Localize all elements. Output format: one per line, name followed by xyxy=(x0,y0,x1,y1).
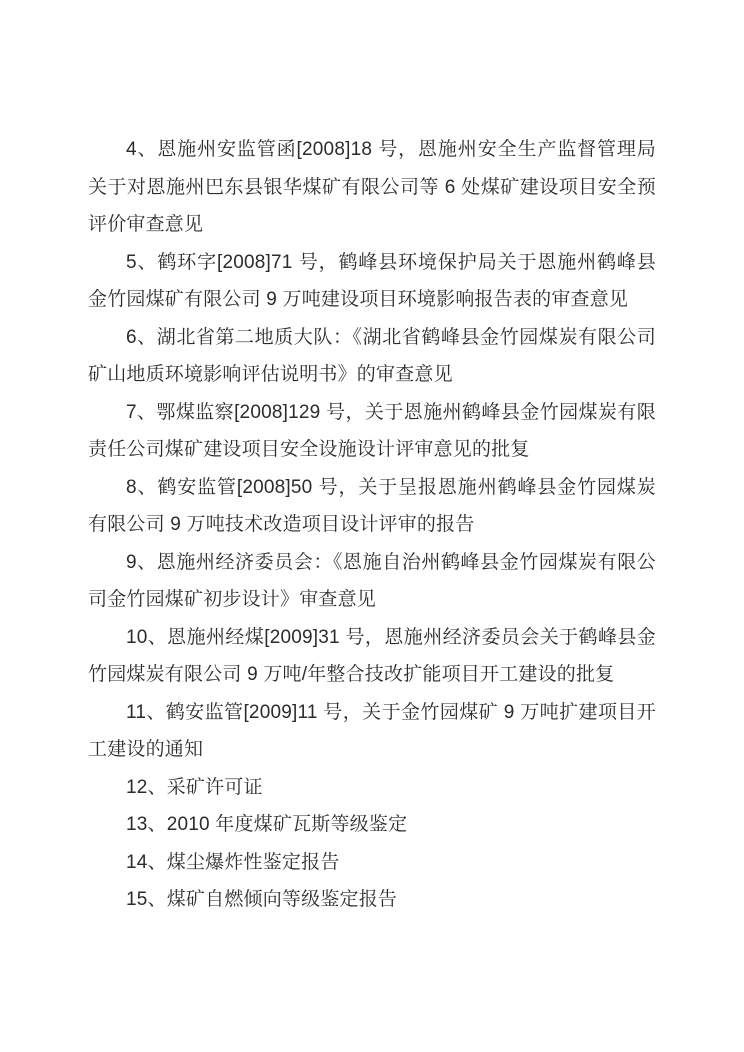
list-item: 8、鹤安监管[2008]50 号，关于呈报恩施州鹤峰县金竹园煤炭有限公司 9 万… xyxy=(88,469,656,544)
list-item: 11、鹤安监管[2009]11 号，关于金竹园煤矿 9 万吨扩建项目开工建设的通… xyxy=(88,694,656,769)
list-item: 10、恩施州经煤[2009]31 号，恩施州经济委员会关于鹤峰县金竹园煤炭有限公… xyxy=(88,619,656,694)
list-item: 7、鄂煤监察[2008]129 号，关于恩施州鹤峰县金竹园煤炭有限责任公司煤矿建… xyxy=(88,394,656,469)
list-item: 13、2010 年度煤矿瓦斯等级鉴定 xyxy=(88,806,656,844)
list-item: 6、湖北省第二地质大队：《湖北省鹤峰县金竹园煤炭有限公司矿山地质环境影响评估说明… xyxy=(88,319,656,394)
list-item: 15、煤矿自燃倾向等级鉴定报告 xyxy=(88,881,656,919)
document-page: 4、恩施州安监管函[2008]18 号，恩施州安全生产监督管理局关于对恩施州巴东… xyxy=(0,0,744,1052)
list-item: 12、采矿许可证 xyxy=(88,769,656,807)
list-item: 9、恩施州经济委员会：《恩施自治州鹤峰县金竹园煤炭有限公司金竹园煤矿初步设计》审… xyxy=(88,544,656,619)
document-body: 4、恩施州安监管函[2008]18 号，恩施州安全生产监督管理局关于对恩施州巴东… xyxy=(88,131,656,919)
list-item: 14、煤尘爆炸性鉴定报告 xyxy=(88,844,656,882)
list-item: 5、鹤环字[2008]71 号，鹤峰县环境保护局关于恩施州鹤峰县金竹园煤矿有限公… xyxy=(88,244,656,319)
list-item: 4、恩施州安监管函[2008]18 号，恩施州安全生产监督管理局关于对恩施州巴东… xyxy=(88,131,656,244)
